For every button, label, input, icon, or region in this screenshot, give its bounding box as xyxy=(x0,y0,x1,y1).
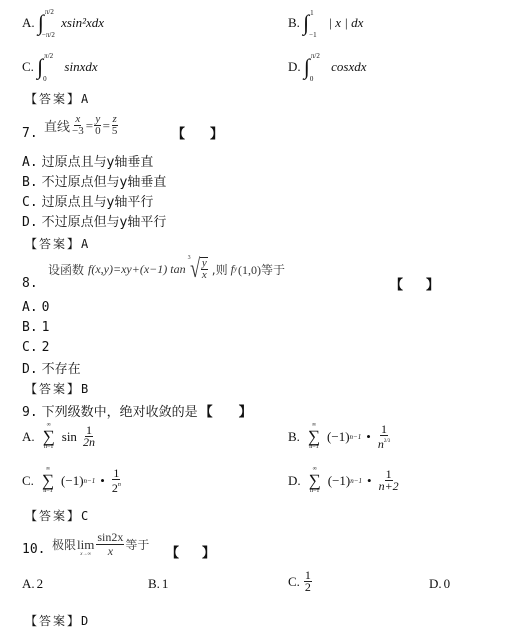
q9-option-c: C. ∞∑n=1 (−1)n−1 • 12n xyxy=(22,466,123,495)
q10-stem: 10. 极限 lim x→∞ sin2xx 等于 【 】 xyxy=(22,530,242,562)
answer-prefix: 【答案】 xyxy=(25,382,81,396)
q8-answer: 【答案】B xyxy=(25,380,88,397)
integral-bounds: π/2 ∫ 0 xyxy=(304,54,318,82)
integral-upper: π/2 xyxy=(311,53,320,60)
limit-fraction: sin2xx xyxy=(96,531,124,558)
answer-blank-close: 】 xyxy=(202,542,215,561)
q8-stem: 8. 设函数 f(x,y)=xy+(x−1) tan 3 √ yx ,则 fy … xyxy=(22,256,502,290)
answer-prefix: 【答案】 xyxy=(25,237,81,251)
q8-option-c: C.2 xyxy=(22,338,49,356)
option-fraction: 12 xyxy=(304,570,312,593)
summation: ∞∑n=1 xyxy=(43,422,55,451)
answer-blank-open: 【 xyxy=(390,274,403,293)
answer-blank-close: 】 xyxy=(239,405,252,420)
integrand: xsin²xdx xyxy=(61,15,104,30)
q10-option-b: B.1 xyxy=(148,576,168,592)
answer-blank-close: 】 xyxy=(210,123,223,142)
option-label: D. xyxy=(288,473,301,489)
option-text: 过原点且与y轴垂直 xyxy=(42,155,154,170)
q10-option-a: A.2 xyxy=(22,576,43,592)
option-label: C. xyxy=(22,59,34,74)
fraction-z: z5 xyxy=(111,114,119,137)
integral-lower: −π/2 xyxy=(42,32,55,39)
dot-operator: • xyxy=(100,473,105,489)
answer-blank-open: 【 xyxy=(200,405,213,420)
term-exponent: n−1 xyxy=(84,477,96,485)
option-label: B. xyxy=(288,15,300,30)
answer-blank-open: 【 xyxy=(166,542,179,561)
q6-option-d: D. π/2 ∫ 0 cosxdx xyxy=(288,54,367,82)
q7-answer: 【答案】A xyxy=(25,235,88,252)
fraction-x: x−3 xyxy=(71,114,85,137)
q9-option-b: B. ∞∑n=1 (−1)n−1 • 1n2/3 xyxy=(288,422,392,451)
partial-subscript: y xyxy=(234,265,237,273)
option-text: 不过原点但与y轴垂直 xyxy=(42,175,167,190)
option-text: 0 xyxy=(42,300,50,315)
question-number: 9. xyxy=(22,405,38,420)
dot-operator: • xyxy=(366,429,371,445)
integral-bounds: π/2 ∫ 0 xyxy=(37,54,51,82)
q9-option-a: A. ∞∑n=1 sin 12n xyxy=(22,422,97,451)
term-prefix: (−1) xyxy=(61,473,84,489)
integral-lower: 0 xyxy=(43,76,47,83)
summation: ∞∑n=1 xyxy=(309,466,321,495)
option-label: B. xyxy=(22,175,38,190)
integrand: sinxdx xyxy=(64,59,97,74)
answer-value: C xyxy=(81,509,88,523)
answer-blank-open: 【 xyxy=(172,123,185,142)
q7-option-b: B.不过原点但与y轴垂直 xyxy=(22,171,166,191)
integral-lower: 0 xyxy=(310,76,314,83)
option-label: C. xyxy=(22,340,38,355)
option-text: 0 xyxy=(444,576,451,591)
option-label: A. xyxy=(22,155,38,170)
q9-stem: 9.下列级数中，绝对收敛的是【】 xyxy=(22,401,252,421)
integral-lower: −1 xyxy=(309,32,316,39)
stem-text: 下列级数中，绝对收敛的是 xyxy=(42,405,198,420)
sigma-icon: ∑ xyxy=(308,429,320,444)
answer-value: D xyxy=(81,614,88,628)
option-label: C. xyxy=(22,195,38,210)
option-text: 1 xyxy=(42,320,50,335)
answer-value: B xyxy=(81,382,88,396)
option-label: A. xyxy=(22,576,35,591)
question-number: 7. xyxy=(22,126,38,141)
sigma-icon: ∑ xyxy=(309,473,321,488)
integral-upper: 1 xyxy=(310,10,314,17)
term-prefix: (−1) xyxy=(328,473,351,489)
option-label: B. xyxy=(288,429,300,445)
integral-bounds: π/2 ∫ −π/2 xyxy=(38,10,52,38)
term-prefix: (−1) xyxy=(327,429,350,445)
integrand: | x | dx xyxy=(328,15,363,30)
answer-prefix: 【答案】 xyxy=(25,509,81,523)
integral-upper: π/2 xyxy=(44,53,53,60)
integrand: cosxdx xyxy=(331,59,366,74)
q10-option-d: D.0 xyxy=(429,576,450,592)
function-expression: f(x,y)=xy+(x−1) tan xyxy=(88,262,186,277)
answer-prefix: 【答案】 xyxy=(25,614,81,628)
option-label: A. xyxy=(22,300,38,315)
answer-value: A xyxy=(81,92,88,106)
answer-value: A xyxy=(81,237,88,251)
option-text: 不存在 xyxy=(42,362,81,377)
option-text: 不过原点但与y轴平行 xyxy=(42,215,167,230)
q9-option-d: D. ∞∑n=1 (−1)n−1 • 1n+2 xyxy=(288,466,401,495)
summation: ∞∑n=1 xyxy=(308,422,320,451)
q9-answer: 【答案】C xyxy=(25,507,88,524)
term-exponent: n−1 xyxy=(350,477,362,485)
partial-args: (1,0)等于 xyxy=(238,261,285,278)
radical-icon: √ xyxy=(190,256,200,282)
limit: lim x→∞ xyxy=(77,530,94,558)
sigma-icon: ∑ xyxy=(42,473,54,488)
option-label: D. xyxy=(22,215,38,230)
q7-option-d: D.不过原点但与y轴平行 xyxy=(22,211,166,231)
q6-answer: 【答案】A xyxy=(25,90,88,107)
option-text: 2 xyxy=(42,340,50,355)
option-label: B. xyxy=(148,576,160,591)
integral-upper: π/2 xyxy=(45,9,54,16)
q7-option-c: C.过原点且与y轴平行 xyxy=(22,191,153,211)
q7-option-a: A.过原点且与y轴垂直 xyxy=(22,151,153,171)
question-number: 10. xyxy=(22,542,45,557)
option-label: D. xyxy=(429,576,442,591)
stem-suffix: ,则 xyxy=(212,261,228,278)
stem-suffix: 等于 xyxy=(125,536,149,553)
option-label: C. xyxy=(22,473,34,489)
integral-bounds: 1 ∫ −1 xyxy=(303,10,317,38)
option-text: 2 xyxy=(37,576,44,591)
q8-option-a: A.0 xyxy=(22,298,49,316)
term-fraction: 12n xyxy=(111,468,122,494)
term-fraction: 12n xyxy=(82,425,96,448)
q8-option-d: D.不存在 xyxy=(22,358,81,378)
stem-prefix: 极限 xyxy=(52,536,76,553)
q10-answer: 【答案】D xyxy=(25,612,88,629)
q6-option-a: A. π/2 ∫ −π/2 xsin²xdx xyxy=(22,10,104,38)
option-label: A. xyxy=(22,15,35,30)
answer-blank-close: 】 xyxy=(426,274,439,293)
term-fraction: 1n+2 xyxy=(378,469,400,492)
option-label: D. xyxy=(288,59,301,74)
stem-prefix: 设函数 xyxy=(48,261,84,278)
q10-option-c: C. 12 xyxy=(288,570,313,593)
option-text: 1 xyxy=(162,576,169,591)
cube-root: 3 √ yx xyxy=(188,256,209,282)
q6-option-c: C. π/2 ∫ 0 sinxdx xyxy=(22,54,98,82)
dot-operator: • xyxy=(367,473,372,489)
question-number: 8. xyxy=(22,276,38,291)
term-prefix: sin xyxy=(62,429,77,445)
term-fraction: 1n2/3 xyxy=(377,424,391,450)
q8-option-b: B.1 xyxy=(22,318,49,336)
sigma-icon: ∑ xyxy=(43,429,55,444)
answer-prefix: 【答案】 xyxy=(25,92,81,106)
option-label: C. xyxy=(288,574,300,590)
option-label: A. xyxy=(22,429,35,445)
summation: ∞∑n=1 xyxy=(42,466,54,495)
option-label: D. xyxy=(22,362,38,377)
option-label: B. xyxy=(22,320,38,335)
option-text: 过原点且与y轴平行 xyxy=(42,195,154,210)
q6-option-b: B. 1 ∫ −1 | x | dx xyxy=(288,10,363,38)
limit-subscript: x→∞ xyxy=(80,551,91,558)
term-exponent: n−1 xyxy=(350,433,362,441)
fraction-y: y0 xyxy=(94,114,102,137)
stem-prefix: 直线 xyxy=(44,116,70,135)
